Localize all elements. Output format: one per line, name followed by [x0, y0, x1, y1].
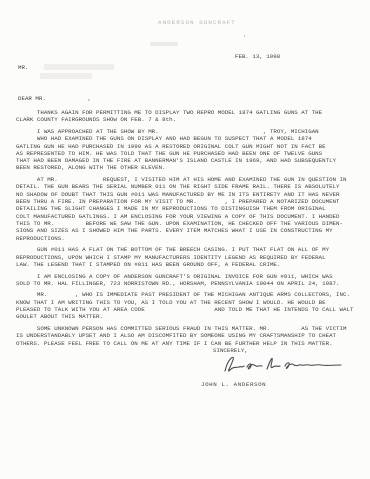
body-paragraph-7: SOME UNKNOWN PERSON HAS COMMITTED SERIOU… — [16, 325, 362, 347]
signature-image — [215, 352, 345, 383]
scan-artifact-mark: , — [243, 31, 247, 39]
signature-typed-name: JOHN L. ANDERSON — [201, 381, 266, 388]
body-paragraph-6: MR. , WHO IS IMMEDIATE PAST PRESIDENT OF… — [16, 291, 362, 320]
date-line: FEB. 13, 1998 — [235, 53, 280, 60]
body-paragraph-2: I WAS APPROACHED AT THE SHOW BY MR. , TR… — [16, 128, 362, 172]
body-paragraph-4: GUN #011 HAS A FLAT ON THE BOTTOM OF THE… — [16, 246, 362, 268]
body-paragraph-1: THANKS AGAIN FOR PERMITTING ME TO DISPLA… — [16, 109, 362, 124]
letter-body: THANKS AGAIN FOR PERMITTING ME TO DISPLA… — [16, 109, 362, 351]
salutation-line: DEAR MR. , — [18, 95, 91, 102]
scan-artifact-smudge — [150, 42, 178, 46]
redaction-recipient-name — [44, 64, 114, 70]
letter-page: ANDERSON GUNCRAFT , FEB. 13, 1998 MR. DE… — [0, 0, 370, 479]
signature-icon — [215, 352, 345, 378]
recipient-prefix: MR. — [18, 64, 28, 71]
letterhead-company: ANDERSON GUNCRAFT — [158, 19, 236, 26]
body-paragraph-5: I AM ENCLOSING A COPY OF ANDERSON GUNCRA… — [16, 273, 362, 288]
body-paragraph-3: AT MR. REQUEST, I VISITED HIM AT HIS HOM… — [16, 176, 362, 242]
redaction-recipient-address — [40, 73, 92, 79]
